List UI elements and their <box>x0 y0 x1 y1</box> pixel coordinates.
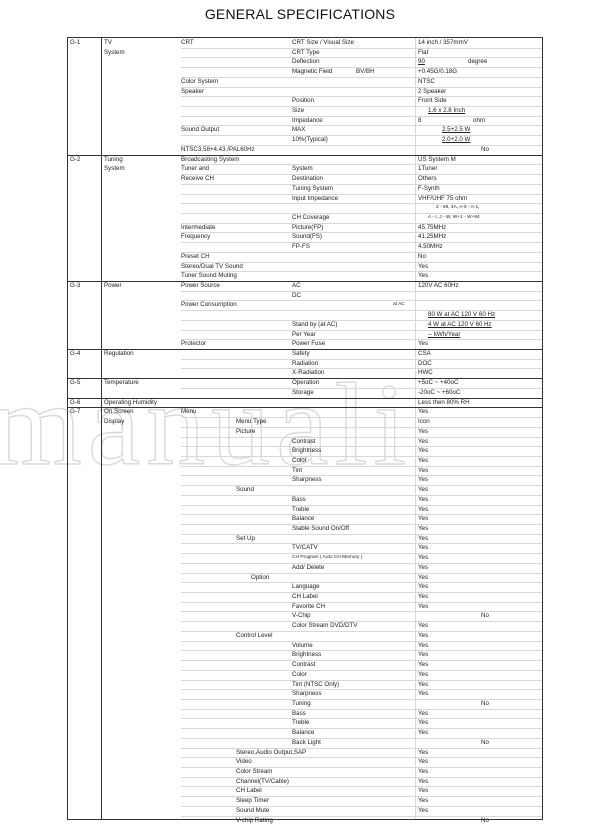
spec-value: 80 W at AC 120 V 60 Hz <box>428 310 495 320</box>
row-divider <box>181 514 542 515</box>
spec-value: Yes <box>418 495 428 505</box>
spec-sub-item: CH Label <box>292 592 318 602</box>
spec-value: Yes <box>418 339 428 349</box>
spec-row: Per Year-- kWh/Year <box>68 330 542 340</box>
spec-value: 8 <box>418 116 421 126</box>
spec-item: NTSC3.58+4.43 /PAL60Hz <box>181 145 255 155</box>
spec-value: Yes <box>418 466 428 476</box>
row-divider <box>181 573 542 574</box>
spec-value: No <box>481 738 489 748</box>
spec-value: Yes <box>418 670 428 680</box>
row-divider <box>181 602 542 603</box>
spec-sub-item: Destination <box>292 174 323 184</box>
spec-row: CH LabelYes <box>68 592 542 602</box>
spec-sub-item: Brightness <box>292 650 321 660</box>
spec-sub-item: MAX <box>292 125 305 135</box>
page-title: GENERAL SPECIFICATIONS <box>0 6 600 22</box>
spec-row: Channel(TV/Cable)Yes <box>68 777 542 787</box>
spec-row: Control LevelYes <box>68 631 542 641</box>
row-divider <box>181 135 542 136</box>
row-divider <box>181 689 542 690</box>
spec-sub-item: Color Stream DVD/DTV <box>292 621 357 631</box>
row-divider <box>181 718 542 719</box>
spec-row: Stable Sound On/OffYes <box>68 524 542 534</box>
spec-sub-item: Color <box>292 670 307 680</box>
row-divider <box>181 174 542 175</box>
spec-row: RadiationDOC <box>68 359 542 369</box>
row-divider <box>181 631 542 632</box>
row-divider <box>181 611 542 612</box>
row-divider <box>181 621 542 622</box>
spec-sub-item-note: at AC <box>393 300 405 310</box>
spec-row: G-2TuningBroadcasting SystemUS System M <box>68 155 542 165</box>
spec-sub-item: FP-FS <box>292 242 310 252</box>
spec-item: Control Level <box>236 631 272 641</box>
spec-row: BrightnessYes <box>68 650 542 660</box>
spec-item: Sound Output <box>181 125 219 135</box>
spec-sub-item: Balance <box>292 514 314 524</box>
spec-row: Receive CHDestinationOthers <box>68 174 542 184</box>
spec-value: Yes <box>418 602 428 612</box>
spec-value: Yes <box>418 437 428 447</box>
spec-item: Sound <box>236 485 254 495</box>
section-id: G-2 <box>70 155 80 165</box>
spec-value: Yes <box>418 680 428 690</box>
spec-value: Yes <box>418 407 428 417</box>
spec-row: CH LabelYes <box>68 786 542 796</box>
section-category: Temperature <box>104 378 139 388</box>
row-divider <box>181 262 542 263</box>
spec-value: Yes <box>418 718 428 728</box>
spec-item: Color Stream <box>236 767 272 777</box>
spec-value: 120V AC 60Hz <box>418 281 459 291</box>
spec-item: V-chip Rating <box>236 816 273 826</box>
row-divider <box>181 495 542 496</box>
row-divider <box>181 728 542 729</box>
spec-value: Front Side <box>418 96 447 106</box>
row-divider <box>181 300 542 301</box>
spec-value: Yes <box>418 534 428 544</box>
section-id: G-3 <box>70 281 80 291</box>
section-category: TV <box>104 38 112 48</box>
spec-value: Yes <box>418 767 428 777</box>
spec-row: Sleep TimerYes <box>68 796 542 806</box>
spec-value: Yes <box>418 475 428 485</box>
row-divider <box>181 524 542 525</box>
row-divider <box>181 505 542 506</box>
row-divider <box>181 786 542 787</box>
spec-row: Stereo,Audio Output,SAPYes <box>68 748 542 758</box>
spec-value: 4 W at AC 120 V 60 Hz <box>428 320 492 330</box>
spec-sub-item: Language <box>292 582 320 592</box>
row-divider <box>181 194 542 195</box>
spec-sub-item: Sharpness <box>292 475 322 485</box>
spec-sub-item: Size <box>292 106 304 116</box>
spec-row: Favorite CHYes <box>68 602 542 612</box>
spec-sub-item: CRT Type <box>292 48 320 58</box>
spec-row: Color StreamYes <box>68 767 542 777</box>
row-divider <box>181 203 542 204</box>
section-category: System <box>104 48 125 58</box>
spec-value: Yes <box>418 641 428 651</box>
row-divider <box>181 437 542 438</box>
row-divider <box>181 466 542 467</box>
spec-sub-item: Contrast <box>292 437 315 447</box>
spec-row: Size1.6 x 2.8 Inch <box>68 106 542 116</box>
spec-row: VolumeYes <box>68 641 542 651</box>
row-divider <box>181 223 542 224</box>
spec-row: V-chip RatingNo <box>68 816 542 826</box>
spec-item: Tuner and <box>181 164 209 174</box>
row-divider <box>181 475 542 476</box>
row-divider <box>181 485 542 486</box>
spec-sub-item: Stand by (at AC) <box>292 320 337 330</box>
row-divider <box>181 777 542 778</box>
row-divider <box>181 806 542 807</box>
spec-value: 2.5+2.5 W <box>442 125 470 135</box>
spec-row: TrebleYes <box>68 718 542 728</box>
spec-row: PositionFront Side <box>68 96 542 106</box>
spec-sub-item-extra: BV/BH <box>356 67 375 77</box>
spec-value: Yes <box>418 777 428 787</box>
spec-sub-item: Power Fuse <box>292 339 325 349</box>
row-divider <box>181 359 542 360</box>
row-divider <box>181 563 542 564</box>
spec-row: G-3PowerPower SourceAC120V AC 60Hz <box>68 281 542 291</box>
spec-row: ProtectorPower FuseYes <box>68 339 542 349</box>
row-divider <box>181 543 542 544</box>
row-divider <box>181 213 542 214</box>
section-category: Operating Humidity <box>104 398 157 408</box>
spec-value: Yes <box>418 456 428 466</box>
row-divider <box>181 67 542 68</box>
row-divider <box>181 77 542 78</box>
row-divider <box>181 291 542 292</box>
spec-item: Video <box>236 757 252 767</box>
spec-row: Color SystemNTSC <box>68 77 542 87</box>
spec-sub-item: Tint (NTSC Only) <box>292 680 339 690</box>
spec-row: OptionYes <box>68 573 542 583</box>
spec-sub-item: Balance <box>292 728 314 738</box>
row-divider <box>181 87 542 88</box>
spec-sub-item: Impedance <box>292 116 323 126</box>
spec-row: LanguageYes <box>68 582 542 592</box>
spec-value: Yes <box>418 271 428 281</box>
row-divider <box>181 709 542 710</box>
spec-sub-item: AC <box>292 281 301 291</box>
spec-sub-item: Safety <box>292 349 310 359</box>
spec-row: CH Program ( Auto CH Memory )Yes <box>68 553 542 563</box>
section-category: Power <box>104 281 122 291</box>
row-divider <box>181 660 542 661</box>
spec-sub-item: Volume <box>292 641 313 651</box>
spec-row: SystemTuner andSystem1Tuner <box>68 164 542 174</box>
spec-value: Yes <box>418 514 428 524</box>
spec-sub-item: System <box>292 164 313 174</box>
row-divider <box>181 271 542 272</box>
spec-sub-item: Bass <box>292 495 306 505</box>
spec-value: 45.75MHz <box>418 223 446 233</box>
spec-row: Tint (NTSC Only)Yes <box>68 680 542 690</box>
row-divider <box>181 553 542 554</box>
spec-value: Yes <box>418 553 428 563</box>
row-divider <box>181 96 542 97</box>
row-divider <box>181 184 542 185</box>
spec-value: Yes <box>418 563 428 573</box>
spec-value: Yes <box>418 485 428 495</box>
spec-item: Option <box>251 573 269 583</box>
spec-sub-item: 10%(Typical) <box>292 135 328 145</box>
spec-row: FP-FS4.50MHz <box>68 242 542 252</box>
row-divider <box>181 650 542 651</box>
row-divider <box>181 582 542 583</box>
spec-sub-item: X-Radiation <box>292 368 324 378</box>
spec-item: Frequency <box>181 232 210 242</box>
spec-value: 1Tuner <box>418 164 437 174</box>
spec-row: TintYes <box>68 466 542 476</box>
spec-row: Stand by (at AC)4 W at AC 120 V 60 Hz <box>68 320 542 330</box>
row-divider <box>181 680 542 681</box>
spec-row: NTSC3.58+4.43 /PAL60HzNo <box>68 145 542 155</box>
spec-row: SharpnessYes <box>68 689 542 699</box>
spec-item: Tuner Sound Muting <box>181 271 237 281</box>
row-divider <box>181 417 542 418</box>
spec-value: Yes <box>418 446 428 456</box>
row-divider <box>181 320 542 321</box>
spec-row: Sound OutputMAX2.5+2.5 W <box>68 125 542 135</box>
section-category: On Screen <box>104 407 134 417</box>
spec-item: Power Source <box>181 281 220 291</box>
spec-row: BrightnessYes <box>68 446 542 456</box>
spec-row: G-4RegulationSafetyCSA <box>68 349 542 359</box>
spec-sub-item: Magnetic Field <box>292 67 332 77</box>
spec-value: 2 Speaker <box>418 87 446 97</box>
spec-row: V-ChipNo <box>68 611 542 621</box>
spec-row: IntermediatePicture(FP)45.75MHz <box>68 223 542 233</box>
spec-sub-item: Storage <box>292 388 314 398</box>
spec-row: DC <box>68 291 542 301</box>
spec-item: Stereo,Audio Output,SAP <box>236 748 306 758</box>
spec-row: Tuning SystemF-Synth <box>68 184 542 194</box>
spec-value: CSA <box>418 349 431 359</box>
spec-item: Receive CH <box>181 174 214 184</box>
row-divider <box>181 796 542 797</box>
spec-value: Flat <box>418 48 428 58</box>
spec-value: No <box>418 252 426 262</box>
section-category: System <box>104 164 125 174</box>
spec-row: Storage-20oC ~ +60oC <box>68 388 542 398</box>
spec-row: Speaker2 Speaker <box>68 87 542 97</box>
section-category: Tuning <box>104 155 123 165</box>
spec-row: Tuner Sound MutingYes <box>68 271 542 281</box>
spec-sub-item: Sharpness <box>292 689 322 699</box>
spec-item: Sleep Timer <box>236 796 269 806</box>
row-divider <box>181 330 542 331</box>
spec-value: No <box>481 816 489 826</box>
specifications-table: G-1TVCRTCRT Size / Visual Size14 inch / … <box>67 37 543 820</box>
spec-value: No <box>481 145 489 155</box>
spec-value: Yes <box>418 650 428 660</box>
spec-value: Yes <box>418 709 428 719</box>
spec-row: FrequencySound(FS)41.25MHz <box>68 232 542 242</box>
spec-value: HWC <box>418 368 433 378</box>
spec-row: X-RadiationHWC <box>68 368 542 378</box>
row-divider <box>181 388 542 389</box>
spec-value: Yes <box>418 621 428 631</box>
row-divider <box>181 748 542 749</box>
spec-sub-item: Picture(FP) <box>292 223 323 233</box>
spec-sub-item: Back Light <box>292 738 321 748</box>
spec-value: +0.45G/0.18G <box>418 67 457 77</box>
spec-row: ContrastYes <box>68 437 542 447</box>
spec-sub-item: Treble <box>292 718 309 728</box>
section-category: Regulation <box>104 349 134 359</box>
row-divider <box>181 339 542 340</box>
spec-value: Yes <box>418 427 428 437</box>
spec-value: +5oC ~ +40oC <box>418 378 458 388</box>
spec-value: Yes <box>418 582 428 592</box>
section-id: G-1 <box>70 38 80 48</box>
spec-sub-item: Bass <box>292 709 306 719</box>
spec-sub-item: Color <box>292 456 307 466</box>
spec-row: TV/CATVYes <box>68 543 542 553</box>
spec-value: 4.50MHz <box>418 242 443 252</box>
spec-item: Preset CH <box>181 252 210 262</box>
spec-sub-item: Radiation <box>292 359 318 369</box>
spec-value: 14 inch / 357mmV <box>418 38 468 48</box>
spec-sub-item: Treble <box>292 505 309 515</box>
spec-value: Less then 80% RH <box>418 398 470 408</box>
spec-item: Set Up <box>236 534 255 544</box>
row-divider <box>181 106 542 107</box>
spec-value: No <box>481 699 489 709</box>
spec-row: SoundYes <box>68 485 542 495</box>
spec-value: Yes <box>418 505 428 515</box>
row-divider <box>181 232 542 233</box>
spec-row: ColorYes <box>68 456 542 466</box>
spec-item: Color System <box>181 77 218 87</box>
spec-row: Back LightNo <box>68 738 542 748</box>
spec-sub-item: Favorite CH <box>292 602 325 612</box>
spec-item: Channel(TV/Cable) <box>236 777 289 787</box>
spec-sub-item: Stable Sound On/Off <box>292 524 349 534</box>
spec-row: Add/ DeleteYes <box>68 563 542 573</box>
spec-sub-item: Tint <box>292 466 302 476</box>
spec-value: 90 <box>418 57 425 67</box>
spec-sub-item: Tuning System <box>292 184 333 194</box>
spec-row: G-6Operating HumidityLess then 80% RH <box>68 398 542 408</box>
spec-row: G-1TVCRTCRT Size / Visual Size14 inch / … <box>68 38 542 48</box>
row-divider <box>181 592 542 593</box>
spec-sub-item: Deflection <box>292 57 320 67</box>
section-id: G-5 <box>70 378 80 388</box>
spec-row: Preset CHNo <box>68 252 542 262</box>
spec-sub-item: Sound(FS) <box>292 232 322 242</box>
spec-value: Yes <box>418 543 428 553</box>
spec-row: Impedance8ohm <box>68 116 542 126</box>
row-divider <box>181 446 542 447</box>
spec-row: SharpnessYes <box>68 475 542 485</box>
spec-value: Yes <box>418 592 428 602</box>
spec-sub-item: Input Impedance <box>292 194 338 204</box>
spec-item: Power Consumption <box>181 300 237 310</box>
section-id: G-4 <box>70 349 80 359</box>
spec-sub-item: Tuning <box>292 699 311 709</box>
row-divider <box>181 767 542 768</box>
spec-row: PictureYes <box>68 427 542 437</box>
spec-item: Menu Type <box>236 417 267 427</box>
spec-row: CH CoverageA - I, J - W, W+1 - W+84 <box>68 213 542 223</box>
spec-item: Broadcasting System <box>181 155 239 165</box>
spec-row: SystemCRT TypeFlat <box>68 48 542 58</box>
spec-item: CH Label <box>236 786 262 796</box>
row-divider <box>181 738 542 739</box>
spec-row: BalanceYes <box>68 514 542 524</box>
spec-row: Input ImpedanceVHF/UHF 75 ohm <box>68 194 542 204</box>
row-divider <box>181 242 542 243</box>
spec-sub-item: CH Program ( Auto CH Memory ) <box>292 553 362 563</box>
row-divider <box>181 310 542 311</box>
spec-value: Yes <box>418 786 428 796</box>
spec-item: Intermediate <box>181 223 215 233</box>
spec-value: No <box>481 611 489 621</box>
spec-unit: degree <box>468 57 487 67</box>
section-id: G-6 <box>70 398 80 408</box>
row-divider <box>181 816 542 817</box>
spec-value: Yes <box>418 728 428 738</box>
row-divider <box>181 699 542 700</box>
spec-item: Menu <box>181 407 196 417</box>
spec-row: BalanceYes <box>68 728 542 738</box>
row-divider <box>181 670 542 671</box>
spec-sub-item: CRT Size / Visual Size <box>292 38 354 48</box>
spec-value: Yes <box>418 660 428 670</box>
spec-row: ContrastYes <box>68 660 542 670</box>
spec-item: Speaker <box>181 87 204 97</box>
section-id: G-7 <box>70 407 80 417</box>
spec-value: US System M <box>418 155 456 165</box>
row-divider <box>181 641 542 642</box>
spec-sub-item: Add/ Delete <box>292 563 324 573</box>
spec-value: Yes <box>418 757 428 767</box>
spec-value: Yes <box>418 262 428 272</box>
spec-sub-item: Position <box>292 96 314 106</box>
row-divider <box>181 427 542 428</box>
spec-value: Yes <box>418 573 428 583</box>
spec-sub-item: CH Coverage <box>292 213 330 223</box>
spec-row: TrebleYes <box>68 505 542 515</box>
spec-item: Stereo/Dual TV Sound <box>181 262 243 272</box>
spec-value: NTSC <box>418 77 435 87</box>
spec-value: DOC <box>418 359 432 369</box>
spec-value: -20oC ~ +60oC <box>418 388 460 398</box>
row-divider <box>181 164 542 165</box>
spec-sub-item: Brightness <box>292 446 321 456</box>
spec-value: 2.0+2.0 W <box>442 135 470 145</box>
row-divider <box>181 125 542 126</box>
spec-sub-item: DC <box>292 291 301 301</box>
spec-row: BassYes <box>68 709 542 719</box>
spec-row: Magnetic FieldBV/BH+0.45G/0.18G <box>68 67 542 77</box>
spec-row: Sound MuteYes <box>68 806 542 816</box>
spec-row: Stereo/Dual TV SoundYes <box>68 262 542 272</box>
spec-row: Power Consumptionat AC <box>68 300 542 310</box>
section-category: Display <box>104 417 124 427</box>
spec-value: Icon <box>418 417 430 427</box>
spec-row: G-7On ScreenMenuYes <box>68 407 542 417</box>
spec-row: DisplayMenu TypeIcon <box>68 417 542 427</box>
spec-row: Deflection90degree <box>68 57 542 67</box>
